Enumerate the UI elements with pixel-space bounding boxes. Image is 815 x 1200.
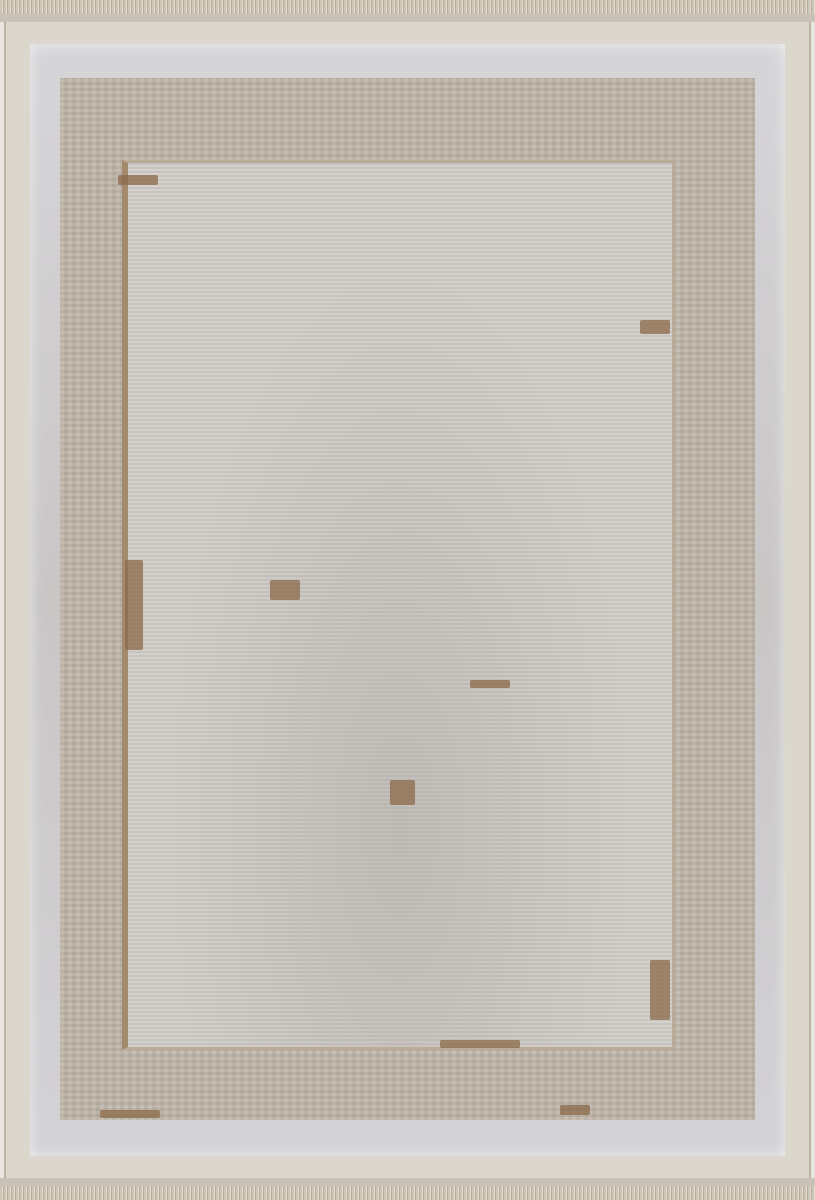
bottom-binding [0, 1178, 815, 1186]
rust-accent [125, 560, 143, 650]
top-fringe [0, 0, 815, 14]
rust-accent [390, 780, 415, 805]
rust-accent [440, 1040, 520, 1048]
rug-photo [0, 0, 815, 1200]
rust-accent [270, 580, 300, 600]
rust-accent [100, 1110, 160, 1118]
rust-accent [650, 960, 670, 1020]
center-field [122, 160, 675, 1050]
rust-accent [640, 320, 670, 334]
bottom-fringe [0, 1186, 815, 1200]
top-binding [0, 14, 815, 22]
rust-accent [118, 175, 158, 185]
rust-accent [470, 680, 510, 688]
rust-accent [560, 1105, 590, 1115]
